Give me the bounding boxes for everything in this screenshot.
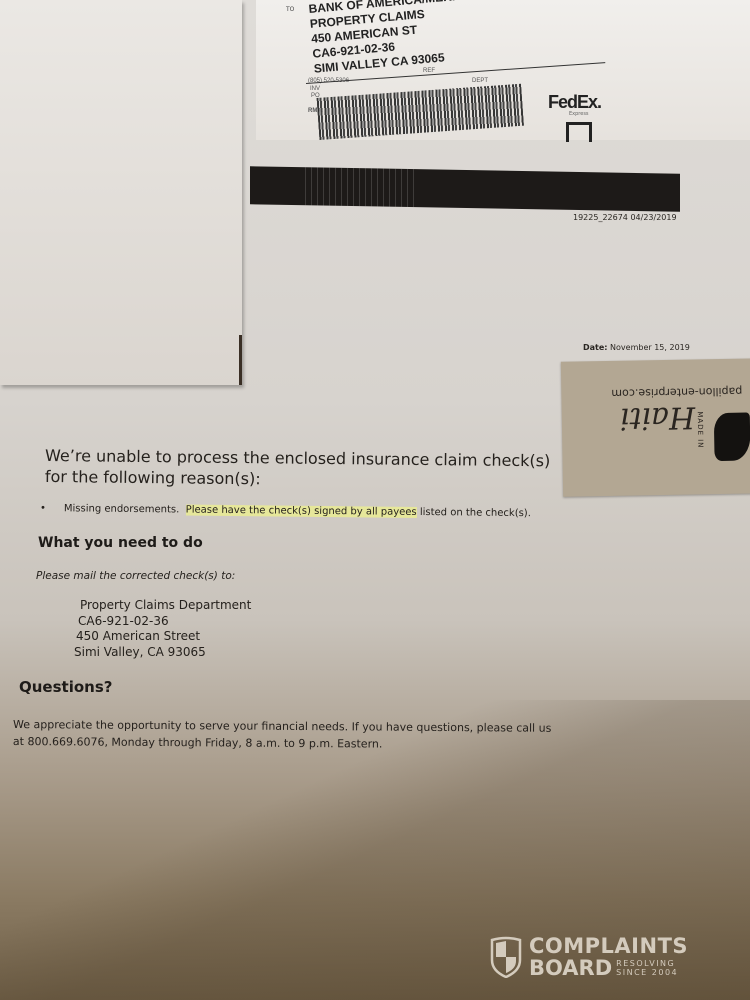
sheet-edge [239,335,242,385]
complaintsboard-watermark: COMPLAINTS BOARD RESOLVINGSINCE 2004 [489,935,688,979]
watermark-title: COMPLAINTS [529,935,688,957]
card-logo-icon [714,412,750,461]
questions-paragraph: We appreciate the opportunity to serve y… [13,716,593,754]
card-made-in: MADE IN [696,411,705,448]
watermark-board: BOARD [529,957,612,979]
label-2d-barcode [317,84,524,140]
fedex-service: Express [569,111,589,117]
letter-headline: We’re unable to process the enclosed ins… [45,445,551,492]
shield-icon [489,936,523,978]
reason-text: Missing endorsements. [64,503,180,515]
bullet-icon: • [40,503,46,514]
label-address: BANK OF AMERICA/MERRILL LY PROPERTY CLAI… [308,0,501,77]
mail-address: Property Claims Department CA6-921-02-36… [74,598,251,660]
watermark-tagline: RESOLVING [616,959,678,968]
address-line: CA6-921-02-36 [78,614,251,630]
date-label: Date: [583,343,608,352]
reason-rest: listed on the check(s). [417,507,531,519]
watermark-tagline: SINCE 2004 [616,968,678,977]
card-url: papillon-enterprise.com [611,385,742,400]
label-inv: INV [310,86,320,92]
address-line: Simi Valley, CA 93065 [74,645,251,661]
fedex-logo: FedEx. [548,92,601,113]
address-line: Property Claims Department [80,598,251,614]
address-line: 450 American Street [76,629,251,645]
overlapping-sheet [0,0,242,385]
date-value: November 15, 2019 [610,343,690,352]
section-title-questions: Questions? [19,678,112,696]
label-dept: DEPT [472,78,488,84]
label-to-prefix: TO [286,6,294,13]
fedex-service-code-icon [566,122,592,142]
document-id: 19225_22674 04/23/2019 [573,213,677,222]
fedex-shipping-label: TO BANK OF AMERICA/MERRILL LY PROPERTY C… [256,0,750,140]
redaction-bar [250,166,680,212]
business-card: papillon-enterprise.com Haiti MADE IN [561,358,750,496]
letter-date: Date: November 15, 2019 [583,343,690,352]
section-title-what-to-do: What you need to do [38,535,203,551]
card-signature: Haiti [620,399,696,435]
mail-instruction: Please mail the corrected check(s) to: [36,570,235,582]
